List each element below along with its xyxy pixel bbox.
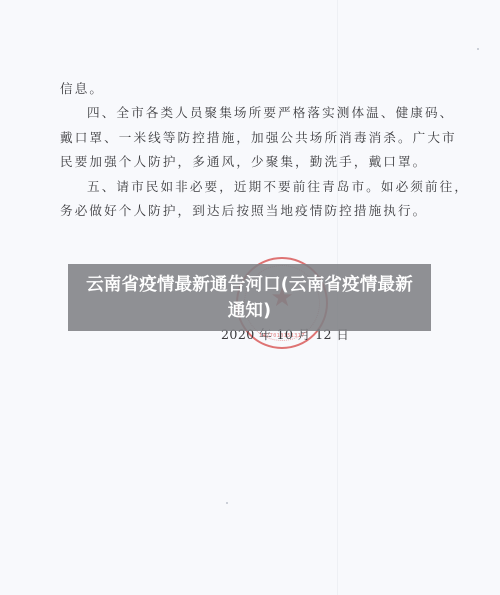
title-overlay-banner: 云南省疫情最新通告河口(云南省疫情最新通知) bbox=[68, 264, 431, 331]
doc-line-6: 务必做好个人防护，到达后按照当地疫情防控措施执行。 bbox=[60, 203, 427, 219]
doc-line-2: 四、全市各类人员聚集场所要严格落实测体温、健康码、 bbox=[87, 105, 454, 121]
doc-line-1: 信息。 bbox=[60, 81, 104, 97]
scan-speck bbox=[226, 502, 228, 504]
doc-line-5: 五、请市民如非必要，近期不要前往青岛市。如必须前往， bbox=[87, 179, 469, 195]
article-title: 云南省疫情最新通告河口(云南省疫情最新通知) bbox=[85, 272, 415, 324]
doc-line-3: 戴口罩、一米线等防控措施，加强公共场所消毒消杀。广大市 bbox=[60, 130, 457, 146]
doc-line-4: 民要加强个人防护，多通风，少聚集，勤洗手，戴口罩。 bbox=[60, 154, 427, 170]
scan-speck bbox=[477, 48, 479, 50]
